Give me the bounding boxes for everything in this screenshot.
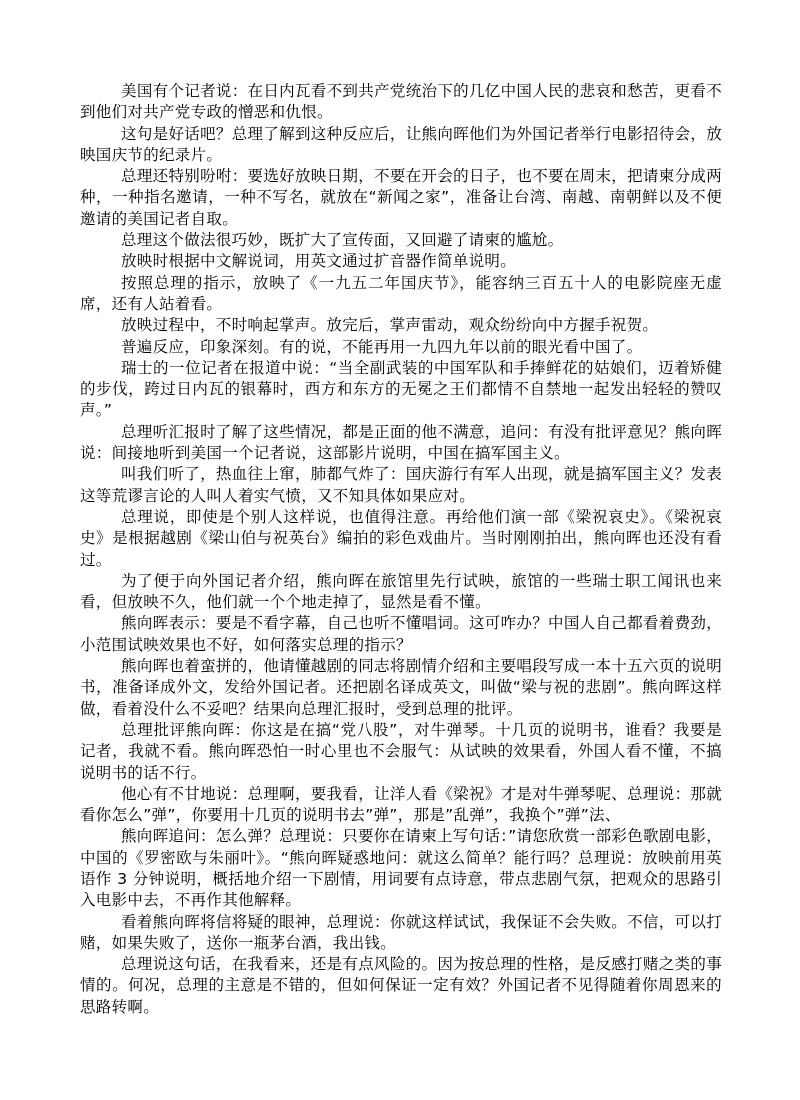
paragraph: 总理批评熊向晖：你这是在搞“党八股”，对牛弹琴。十几页的说明书，谁看？我要是记者… [80, 720, 722, 784]
paragraph: 熊向晖追问：怎么弹？总理说：只要你在请柬上写句话：”请您欣赏一部彩色歌剧电影，中… [80, 826, 722, 911]
paragraph: 总理说这句话，在我看来，还是有点风险的。因为按总理的性格，是反感打赌之类的事情的… [80, 954, 722, 1018]
paragraph: 为了便于向外国记者介绍，熊向晖在旅馆里先行试映，旅馆的一些瑞士职工闻讯也来看，但… [80, 571, 722, 614]
paragraph: 按照总理的指示，放映了《一九五二年国庆节》，能容纳三百五十人的电影院座无虚席，还… [80, 273, 722, 316]
paragraph: 熊向晖也着蛮拼的，他请懂越剧的同志将剧情介绍和主要唱段写成一本十五六页的说明书，… [80, 656, 722, 720]
document-page: 美国有个记者说：在日内瓦看不到共产党统治下的几亿中国人民的悲哀和愁苦，更看不到他… [0, 0, 800, 1100]
paragraph: 这句是好话吧？总理了解到这种反应后，让熊向晖他们为外国记者举行电影招待会，放映国… [80, 124, 722, 167]
paragraph: 瑞士的一位记者在报道中说：“当全副武装的中国军队和手捧鲜花的姑娘们，迈着矫健的步… [80, 358, 722, 422]
document-body: 美国有个记者说：在日内瓦看不到共产党统治下的几亿中国人民的悲哀和愁苦，更看不到他… [80, 81, 722, 1018]
paragraph: 普遍反应，印象深刻。有的说，不能再用一九四九年以前的眼光看中国了。 [80, 337, 722, 358]
paragraph: 总理听汇报时了解了这些情况，都是正面的他不满意，追问：有没有批评意见？熊向晖说：… [80, 422, 722, 465]
paragraph: 放映过程中，不时响起掌声。放完后，掌声雷动，观众纷纷向中方握手祝贺。 [80, 315, 722, 336]
paragraph: 美国有个记者说：在日内瓦看不到共产党统治下的几亿中国人民的悲哀和愁苦，更看不到他… [80, 81, 722, 124]
paragraph: 放映时根据中文解说词，用英文通过扩音器作简单说明。 [80, 251, 722, 272]
paragraph: 总理这个做法很巧妙，既扩大了宣传面，又回避了请柬的尴尬。 [80, 230, 722, 251]
paragraph: 总理还特别吩咐：要选好放映日期，不要在开会的日子，也不要在周末，把请柬分成两种，… [80, 166, 722, 230]
paragraph: 看着熊向晖将信将疑的眼神，总理说：你就这样试试，我保证不会失败。不信，可以打赌，… [80, 912, 722, 955]
paragraph: 叫我们听了，热血往上窜，肺都气炸了：国庆游行有军人出现，就是搞军国主义？发表这等… [80, 464, 722, 507]
paragraph: 总理说，即使是个别人这样说，也值得注意。再给他们演一部《梁祝哀史》。《梁祝哀史》… [80, 507, 722, 571]
paragraph: 熊向晖表示：要是不看字幕，自己也听不懂唱词。这可咋办？中国人自己都看着费劲，小范… [80, 613, 722, 656]
paragraph: 他心有不甘地说：总理啊，要我看，让洋人看《梁祝》才是对牛弹琴呢、总理说：那就看你… [80, 784, 722, 827]
